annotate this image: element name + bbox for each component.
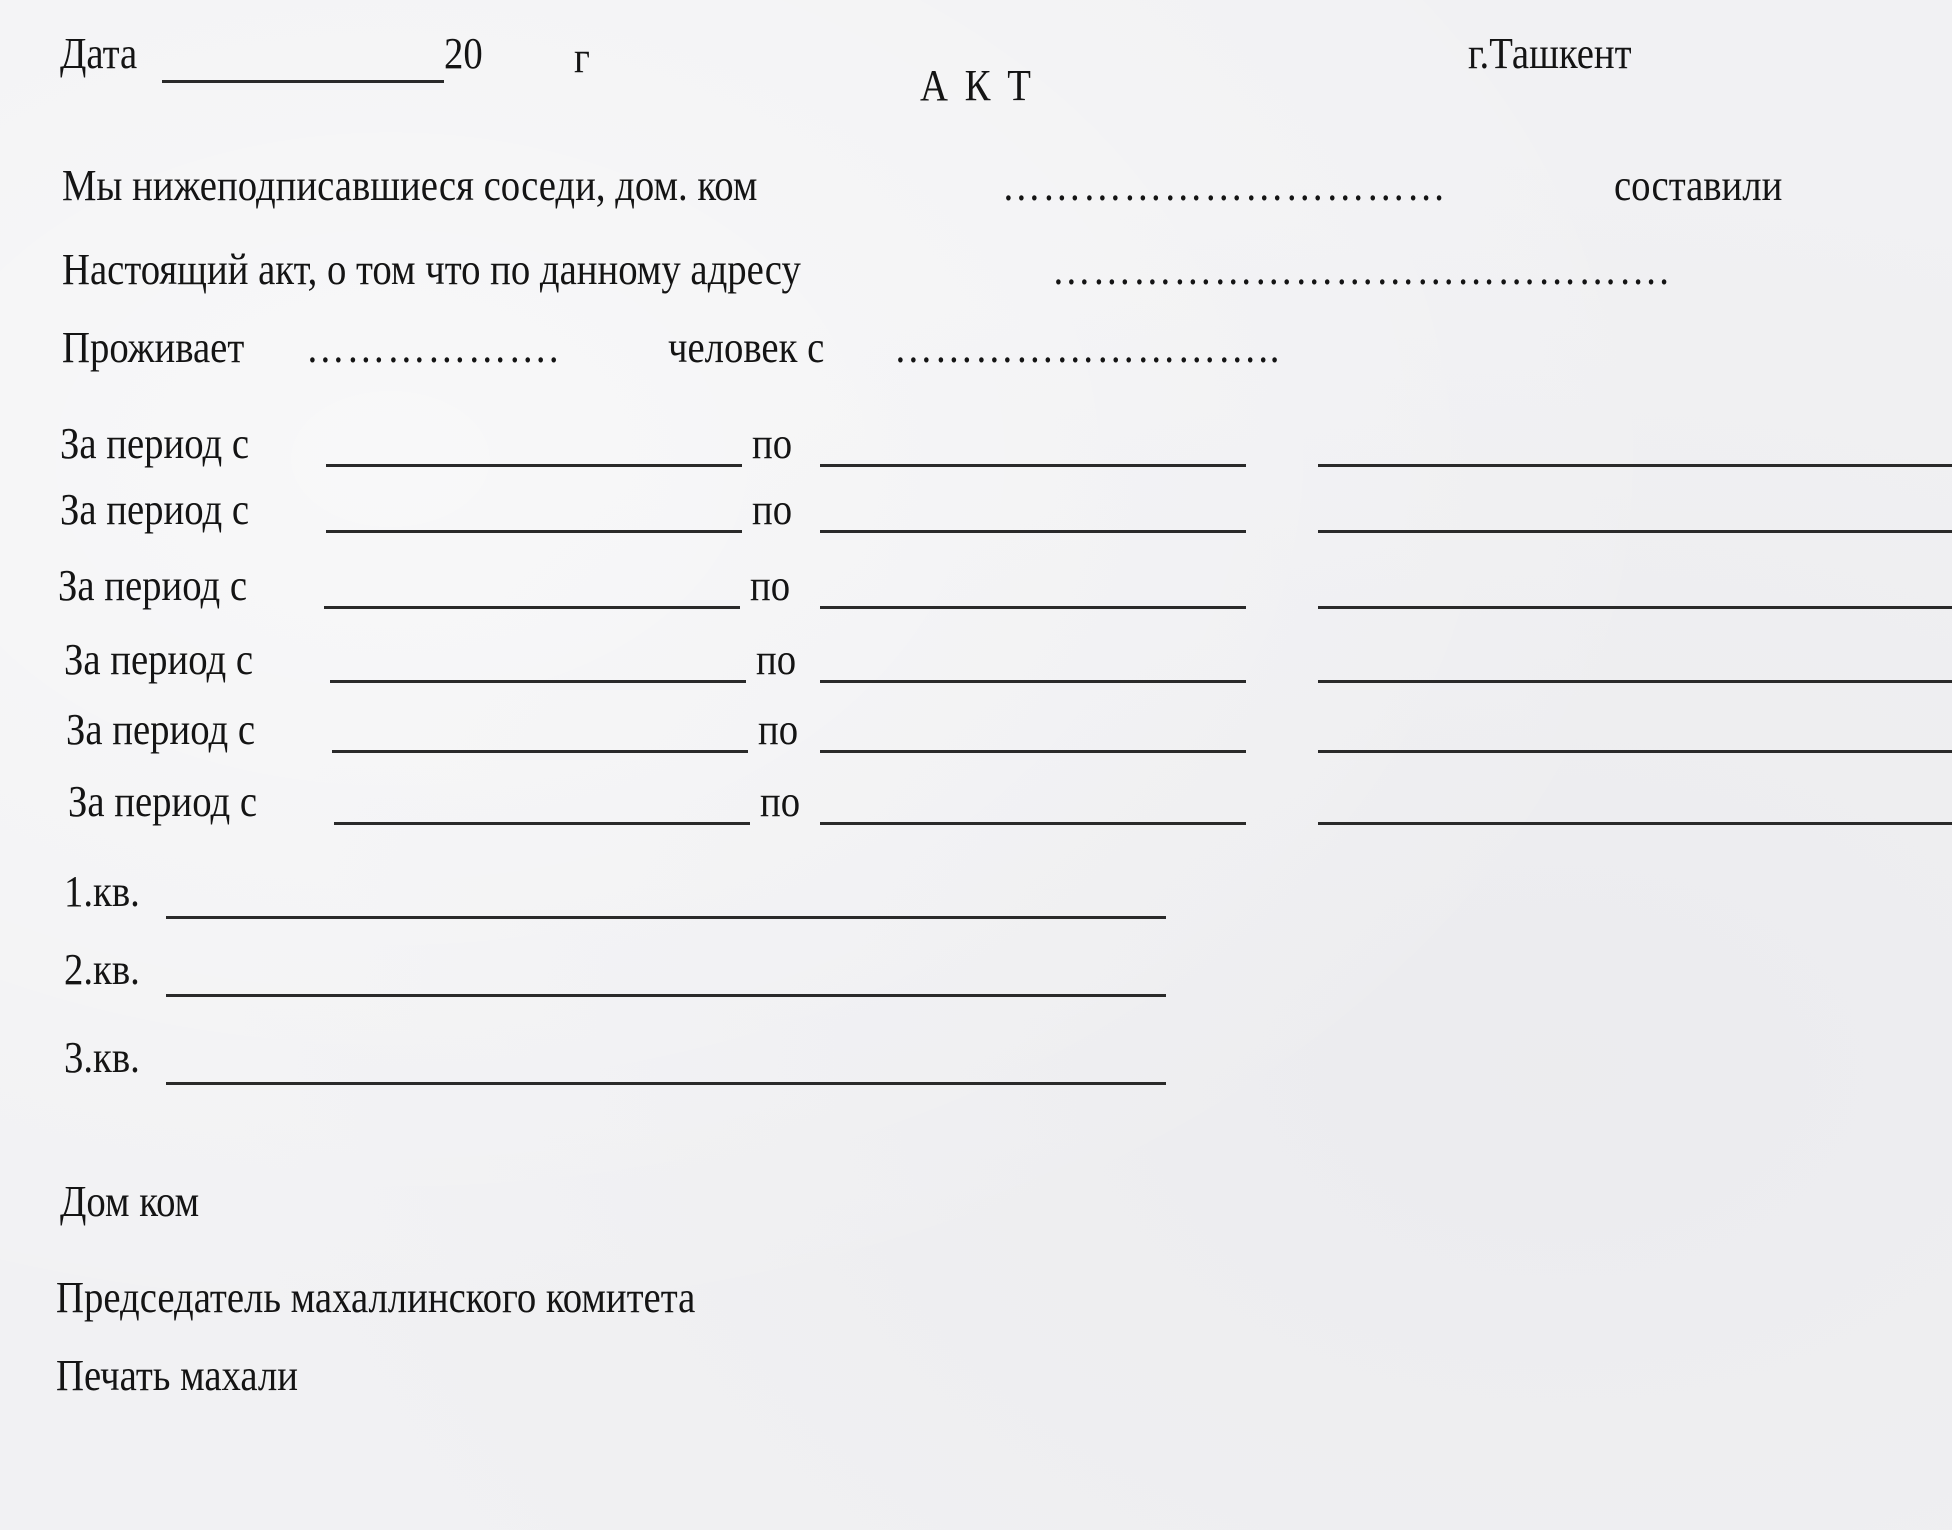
address-text: Настоящий акт, о том что по данному адре… [62,248,801,292]
period-from-label: За период с [68,780,257,824]
period-to-label: по [760,780,800,824]
period-note-field[interactable] [1318,750,1952,753]
date-label: Дата [60,32,137,76]
period-to-label: по [758,708,798,752]
year-suffix: г [574,36,590,80]
act-form-page: Дата 20 г А К Т г.Ташкент Мы нижеподписа… [0,0,1952,1530]
period-to-field[interactable] [820,606,1246,609]
period-to-field[interactable] [820,464,1246,467]
apartment-field[interactable] [166,1082,1166,1085]
residents-count-field[interactable]: ………………. [306,326,560,370]
period-to-field[interactable] [820,750,1246,753]
period-note-field[interactable] [1318,680,1952,683]
apartment-field[interactable] [166,994,1166,997]
period-note-field[interactable] [1318,464,1952,467]
period-from-field[interactable] [326,530,742,533]
period-from-label: За период с [60,422,249,466]
period-note-field[interactable] [1318,822,1952,825]
document-title: А К Т [920,64,1034,108]
address-field[interactable]: ………………………………………. [1052,248,1671,292]
period-note-field[interactable] [1318,530,1952,533]
period-from-label: За период с [60,488,249,532]
apartment-label: 2.кв. [64,948,140,992]
period-from-label: За период с [64,638,253,682]
neighbors-text: Мы нижеподписавшиеся соседи, дом. ком [62,164,757,208]
period-from-field[interactable] [326,464,742,467]
period-to-label: по [756,638,796,682]
period-note-field[interactable] [1318,606,1952,609]
stamp-label: Печать махали [56,1354,298,1398]
house-committee-signature: Дом ком [60,1180,199,1224]
composed-text: составили [1614,164,1782,208]
year-prefix: 20 [444,32,483,76]
house-committee-field[interactable]: …………………………… [1002,164,1447,208]
since-date-field[interactable]: ……………………….. [894,326,1281,370]
period-from-field[interactable] [330,680,746,683]
period-from-label: За период с [58,564,247,608]
chairman-signature: Председатель махаллинского комитета [56,1276,695,1320]
period-from-field[interactable] [332,750,748,753]
period-to-label: по [750,564,790,608]
city-label: г.Ташкент [1468,32,1632,76]
period-to-field[interactable] [820,822,1246,825]
period-to-field[interactable] [820,530,1246,533]
apartment-label: 3.кв. [64,1036,140,1080]
period-from-field[interactable] [334,822,750,825]
persons-since-text: человек с [668,326,824,370]
apartment-label: 1.кв. [64,870,140,914]
apartment-field[interactable] [166,916,1166,919]
period-to-label: по [752,488,792,532]
period-from-field[interactable] [324,606,740,609]
date-field[interactable] [162,80,444,83]
residents-text: Проживает [62,326,244,370]
period-to-label: по [752,422,792,466]
period-to-field[interactable] [820,680,1246,683]
period-from-label: За период с [66,708,255,752]
